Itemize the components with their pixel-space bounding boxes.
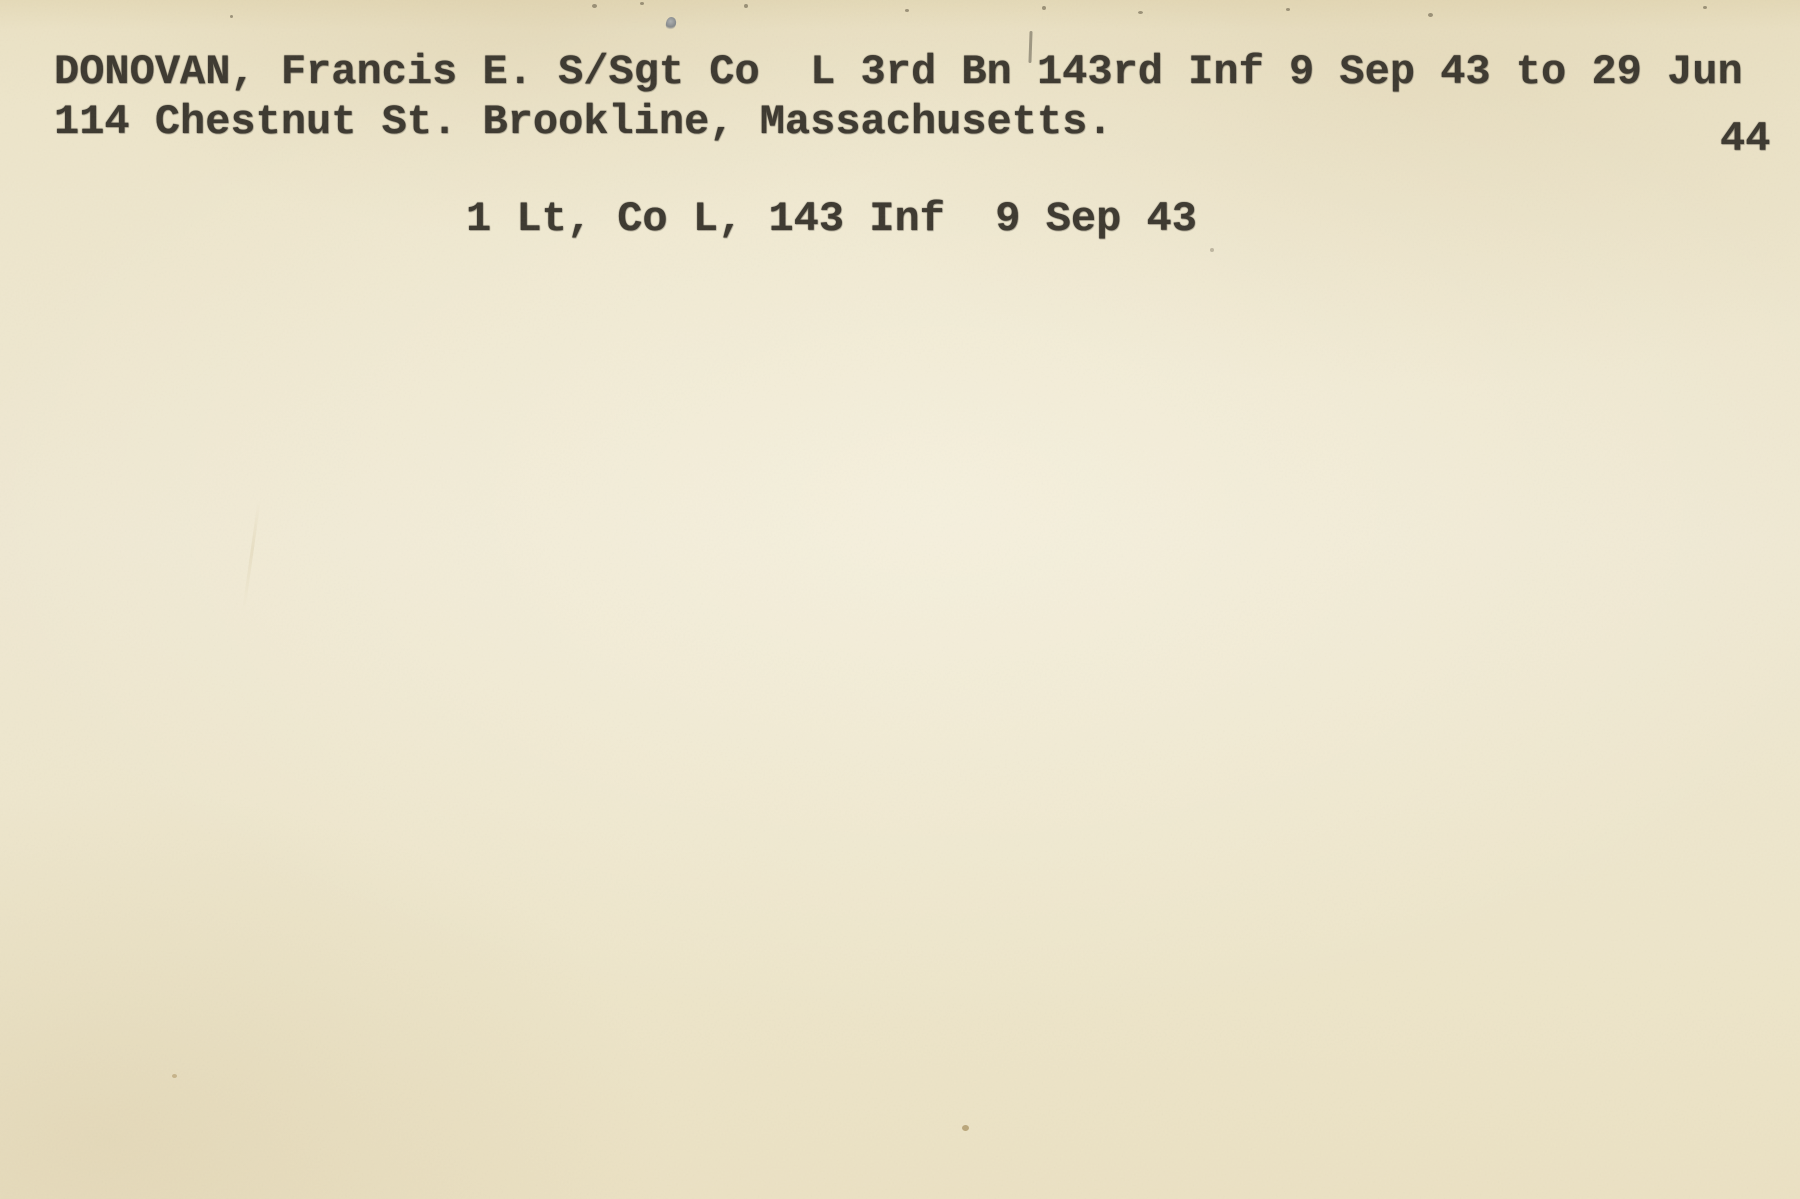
dust-speck xyxy=(640,2,644,5)
dust-speck xyxy=(592,4,597,8)
paper-crease-mark xyxy=(242,500,260,609)
dust-speck xyxy=(230,15,233,18)
dust-speck xyxy=(1210,248,1214,252)
wrapped-year-text: 44 xyxy=(1720,116,1770,162)
dust-speck xyxy=(1286,8,1290,11)
gray-pencil-dot-mark xyxy=(665,16,677,31)
home-address-line: 114 Chestnut St. Brookline, Massachusett… xyxy=(54,99,1113,145)
dust-speck xyxy=(1042,6,1046,10)
dust-speck xyxy=(1703,6,1707,9)
paper-stain-speck xyxy=(962,1125,969,1131)
dust-speck xyxy=(172,1074,177,1078)
index-card: DONOVAN, Francis E. S/Sgt Co L 3rd Bn 14… xyxy=(0,0,1800,1199)
service-record-line: DONOVAN, Francis E. S/Sgt Co L 3rd Bn 14… xyxy=(54,49,1743,95)
dust-speck xyxy=(1428,13,1433,17)
dust-speck xyxy=(744,4,748,8)
dust-speck xyxy=(1138,11,1143,14)
officer-commission-line: 1 Lt, Co L, 143 Inf 9 Sep 43 xyxy=(466,196,1197,242)
paper-grain-texture xyxy=(0,0,1800,1199)
dust-speck xyxy=(905,9,909,12)
